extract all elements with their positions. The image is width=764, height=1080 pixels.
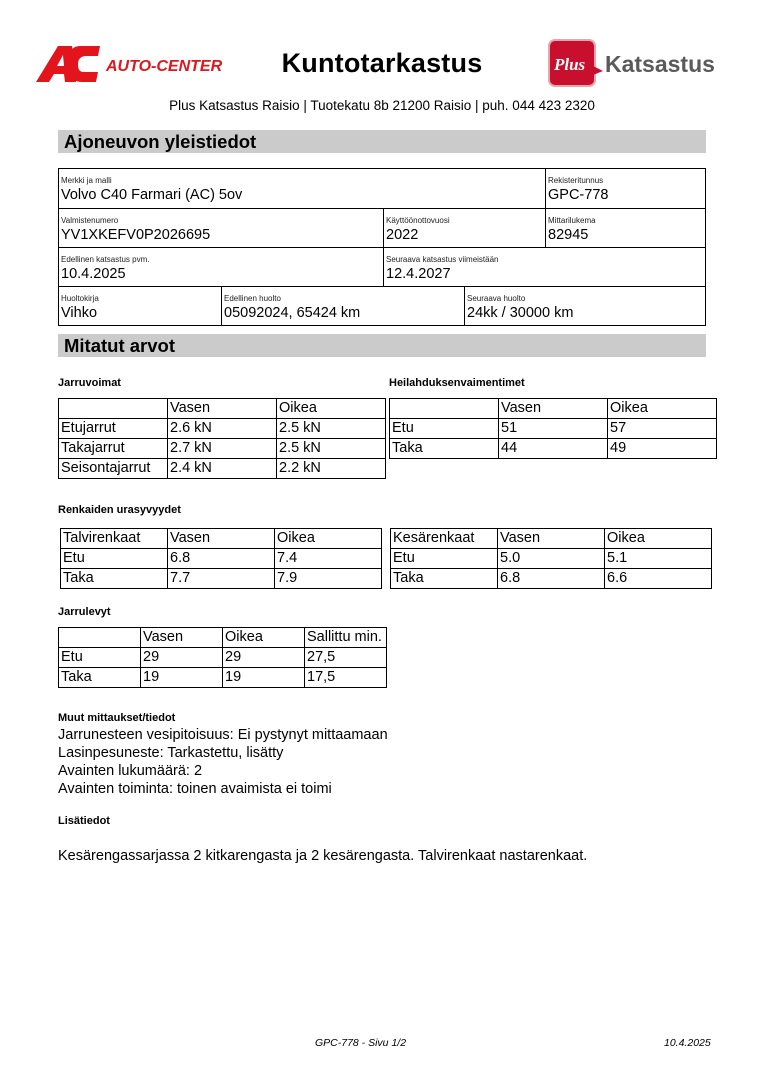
make-model-value: Volvo C40 Farmari (AC) 5ov <box>61 185 543 205</box>
winter-tires-table: TalvirenkaatVasenOikeaEtu6.87.4Taka7.77.… <box>60 528 382 589</box>
table-cell: 19 <box>141 668 223 688</box>
other-line: Avainten toiminta: toinen avaimista ei t… <box>58 780 388 798</box>
odometer-value: 82945 <box>548 225 703 245</box>
info-row: Valmistenumero YV1XKEFV0P2026695 Käyttöö… <box>59 208 705 247</box>
column-header: Vasen <box>168 399 277 419</box>
registration-value: GPC-778 <box>548 185 703 205</box>
table-cell: 2.7 kN <box>168 439 277 459</box>
column-header: Oikea <box>223 628 305 648</box>
info-row: Merkki ja malli Volvo C40 Farmari (AC) 5… <box>59 169 705 208</box>
additional-info-title: Lisätiedot <box>58 815 110 827</box>
row-label: Etujarrut <box>59 419 168 439</box>
table-header-row: VasenOikeaSallittu min. <box>59 628 387 648</box>
brake-forces-title: Jarruvoimat <box>58 377 121 389</box>
other-measurements-title: Muut mittaukset/tiedot <box>58 712 175 724</box>
plus-katsastus-logo: Plus Katsastus <box>547 38 731 90</box>
service-book-value: Vihko <box>61 303 219 323</box>
table-cell: 6.6 <box>605 569 712 589</box>
company-contact-line: Plus Katsastus Raisio | Tuotekatu 8b 212… <box>0 98 764 113</box>
row-label: Takajarrut <box>59 439 168 459</box>
column-header: Sallittu min. <box>305 628 387 648</box>
next-inspection-value: 12.4.2027 <box>386 264 703 284</box>
table-cell: 7.9 <box>275 569 382 589</box>
tread-depths-title: Renkaiden urasyvyydet <box>58 504 181 516</box>
table-header-row: TalvirenkaatVasenOikea <box>61 529 382 549</box>
column-header: Vasen <box>141 628 223 648</box>
table-cell: 5.1 <box>605 549 712 569</box>
table-header-row: VasenOikea <box>59 399 386 419</box>
table-row: Seisontajarrut2.4 kN2.2 kN <box>59 459 386 479</box>
column-header: Oikea <box>275 529 382 549</box>
other-measurements-list: Jarrunesteen vesipitoisuus: Ei pystynyt … <box>58 726 388 798</box>
last-inspection-value: 10.4.2025 <box>61 264 381 284</box>
shock-absorbers-table: VasenOikeaEtu5157Taka4449 <box>389 398 717 459</box>
next-inspection-label: Seuraava katsastus viimeistään <box>386 255 703 264</box>
info-row: Edellinen katsastus pvm. 10.4.2025 Seura… <box>59 247 705 286</box>
table-header-row: VasenOikea <box>390 399 717 419</box>
info-row: Huoltokirja Vihko Edellinen huolto 05092… <box>59 286 705 325</box>
row-label: Taka <box>391 569 498 589</box>
table-row: Taka7.77.9 <box>61 569 382 589</box>
column-header: Kesärenkaat <box>391 529 498 549</box>
vin-cell: Valmistenumero YV1XKEFV0P2026695 <box>59 209 383 247</box>
column-header: Oikea <box>277 399 386 419</box>
other-line: Lasinpesuneste: Tarkastettu, lisätty <box>58 744 388 762</box>
table-cell: 2.2 kN <box>277 459 386 479</box>
table-cell: 29 <box>223 648 305 668</box>
footer-date: 10.4.2025 <box>664 1037 711 1049</box>
table-cell: 19 <box>223 668 305 688</box>
column-header <box>390 399 499 419</box>
row-label: Taka <box>61 569 168 589</box>
vin-value: YV1XKEFV0P2026695 <box>61 225 381 245</box>
svg-text:Plus: Plus <box>553 55 586 74</box>
brake-discs-table: VasenOikeaSallittu min.Etu292927,5Taka19… <box>58 627 387 688</box>
table-cell: 7.4 <box>275 549 382 569</box>
table-row: Etujarrut2.6 kN2.5 kN <box>59 419 386 439</box>
odometer-label: Mittarilukema <box>548 216 703 225</box>
section-heading-general: Ajoneuvon yleistiedot <box>58 130 706 153</box>
table-cell: 2.4 kN <box>168 459 277 479</box>
shock-absorbers-title: Heilahduksenvaimentimet <box>389 377 525 389</box>
service-book-label: Huoltokirja <box>61 294 219 303</box>
odometer-cell: Mittarilukema 82945 <box>545 209 705 247</box>
column-header <box>59 399 168 419</box>
section-heading-measured: Mitatut arvot <box>58 334 706 357</box>
last-service-label: Edellinen huolto <box>224 294 462 303</box>
next-service-label: Seuraava huolto <box>467 294 703 303</box>
last-inspection-label: Edellinen katsastus pvm. <box>61 255 381 264</box>
row-label: Etu <box>391 549 498 569</box>
table-cell: 57 <box>608 419 717 439</box>
table-cell: 2.6 kN <box>168 419 277 439</box>
footer-page-label: GPC-778 - Sivu 1/2 <box>315 1037 406 1049</box>
column-header: Vasen <box>168 529 275 549</box>
table-row: Taka4449 <box>390 439 717 459</box>
table-cell: 6.8 <box>168 549 275 569</box>
row-label: Taka <box>59 668 141 688</box>
table-cell: 2.5 kN <box>277 419 386 439</box>
table-row: Takajarrut2.7 kN2.5 kN <box>59 439 386 459</box>
make-model-label: Merkki ja malli <box>61 176 543 185</box>
table-cell: 29 <box>141 648 223 668</box>
table-cell: 44 <box>499 439 608 459</box>
registration-cell: Rekisteritunnus GPC-778 <box>545 169 705 208</box>
other-line: Avainten lukumäärä: 2 <box>58 762 388 780</box>
column-header: Oikea <box>605 529 712 549</box>
column-header: Vasen <box>498 529 605 549</box>
column-header: Talvirenkaat <box>61 529 168 549</box>
table-header-row: KesärenkaatVasenOikea <box>391 529 712 549</box>
next-service-cell: Seuraava huolto 24kk / 30000 km <box>464 287 705 325</box>
summer-tires-table: KesärenkaatVasenOikeaEtu5.05.1Taka6.86.6 <box>390 528 712 589</box>
table-cell: 5.0 <box>498 549 605 569</box>
table-row: Etu6.87.4 <box>61 549 382 569</box>
column-header: Vasen <box>499 399 608 419</box>
last-service-value: 05092024, 65424 km <box>224 303 462 323</box>
table-cell: 49 <box>608 439 717 459</box>
make-model-cell: Merkki ja malli Volvo C40 Farmari (AC) 5… <box>59 169 545 208</box>
vin-label: Valmistenumero <box>61 216 381 225</box>
row-label: Etu <box>59 648 141 668</box>
vehicle-info-grid: Merkki ja malli Volvo C40 Farmari (AC) 5… <box>58 168 706 326</box>
table-row: Etu5157 <box>390 419 717 439</box>
table-row: Taka6.86.6 <box>391 569 712 589</box>
column-header: Oikea <box>608 399 717 419</box>
first-use-year-value: 2022 <box>386 225 543 245</box>
table-cell: 2.5 kN <box>277 439 386 459</box>
next-inspection-cell: Seuraava katsastus viimeistään 12.4.2027 <box>383 248 705 286</box>
table-row: Taka191917,5 <box>59 668 387 688</box>
brake-discs-title: Jarrulevyt <box>58 606 111 618</box>
other-line: Jarrunesteen vesipitoisuus: Ei pystynyt … <box>58 726 388 744</box>
next-service-value: 24kk / 30000 km <box>467 303 703 323</box>
additional-info-text: Kesärengassarjassa 2 kitkarengasta ja 2 … <box>58 847 587 865</box>
row-label: Etu <box>61 549 168 569</box>
last-service-cell: Edellinen huolto 05092024, 65424 km <box>221 287 464 325</box>
table-cell: 17,5 <box>305 668 387 688</box>
last-inspection-cell: Edellinen katsastus pvm. 10.4.2025 <box>59 248 383 286</box>
table-cell: 7.7 <box>168 569 275 589</box>
svg-text:Katsastus: Katsastus <box>605 51 715 77</box>
table-row: Etu292927,5 <box>59 648 387 668</box>
table-cell: 51 <box>499 419 608 439</box>
row-label: Taka <box>390 439 499 459</box>
first-use-year-label: Käyttöönottovuosi <box>386 216 543 225</box>
row-label: Etu <box>390 419 499 439</box>
row-label: Seisontajarrut <box>59 459 168 479</box>
service-book-cell: Huoltokirja Vihko <box>59 287 221 325</box>
table-row: Etu5.05.1 <box>391 549 712 569</box>
column-header <box>59 628 141 648</box>
table-cell: 6.8 <box>498 569 605 589</box>
brake-forces-table: VasenOikeaEtujarrut2.6 kN2.5 kNTakajarru… <box>58 398 386 479</box>
table-cell: 27,5 <box>305 648 387 668</box>
registration-label: Rekisteritunnus <box>548 176 703 185</box>
first-use-year-cell: Käyttöönottovuosi 2022 <box>383 209 545 247</box>
